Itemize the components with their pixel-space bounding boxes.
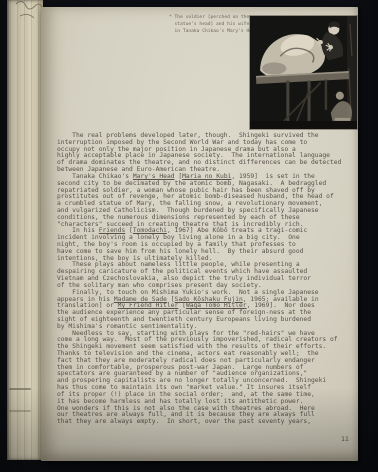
- text-line: that they are always empty. In short, ov…: [57, 419, 353, 426]
- photo-caption: * The soldier [perched on the statue's h…: [169, 15, 251, 35]
- margin-mark: [9, 388, 31, 390]
- body-text: The real problems developed later, thoug…: [57, 133, 353, 426]
- book-page-edges: [7, 0, 43, 460]
- production-photo: [250, 16, 357, 129]
- photographed-book-page: * The soldier [perched on the statue's h…: [0, 0, 378, 472]
- book-page: * The soldier [perched on the statue's h…: [41, 7, 358, 461]
- text-line: in Tanaka Chikao's Mary's Head: [169, 29, 251, 36]
- margin-mark: [9, 410, 31, 412]
- text-line: statue's head] and his wife: [169, 22, 251, 29]
- page-number: 11: [341, 435, 349, 443]
- text-line: * The soldier [perched on the: [169, 15, 251, 22]
- stage-photo-illustration: [250, 16, 357, 129]
